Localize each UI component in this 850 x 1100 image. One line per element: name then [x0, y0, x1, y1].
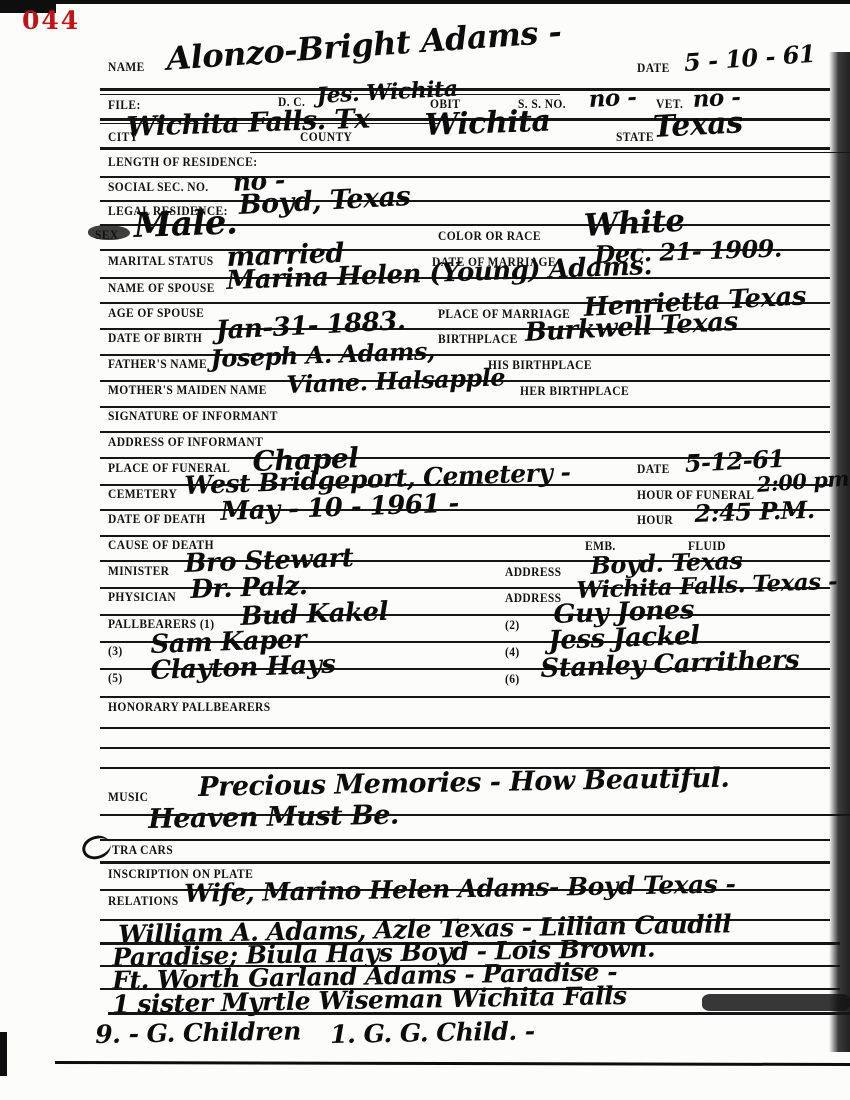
- form-label: COLOR OR RACE: [438, 231, 541, 244]
- handwritten-entry: Wichita: [424, 104, 551, 143]
- form-label: DATE OF BIRTH: [108, 333, 202, 346]
- form-rule-line: [100, 535, 830, 537]
- form-label: STATE: [616, 132, 654, 145]
- form-label: MARITAL STATUS: [108, 256, 214, 269]
- form-label: MOTHER'S MAIDEN NAME: [108, 385, 267, 398]
- scan-edge-left-mark: [0, 1032, 7, 1076]
- handwritten-entry: Wife, Marino Helen Adams- Boyd Texas -: [184, 869, 736, 908]
- form-rule-line: [100, 176, 830, 178]
- scan-edge-top: [0, 0, 850, 4]
- form-label: (3): [108, 646, 123, 659]
- form-label: FILE:: [108, 100, 141, 113]
- form-label: SOCIAL SEC. NO.: [108, 182, 209, 195]
- handwritten-entry: 2:45 P.M.: [694, 495, 815, 528]
- form-rule-line: [108, 1012, 850, 1015]
- form-label: (5): [108, 673, 123, 686]
- form-rule-line: [100, 727, 830, 729]
- scan-edge-right-band: [829, 52, 850, 1052]
- handwritten-entry: 1. G. G. Child. -: [330, 1016, 535, 1049]
- ink-squiggle-extra-cars: [79, 832, 114, 863]
- form-label: NAME: [108, 62, 145, 75]
- form-rule-line: [100, 431, 830, 433]
- form-rule-line: [100, 614, 830, 616]
- handwritten-entry: 9. - G. Children: [95, 1016, 301, 1049]
- form-label: DATE OF DEATH: [108, 514, 206, 527]
- form-label: BIRTHPLACE: [438, 334, 518, 347]
- form-label: MUSIC: [108, 792, 148, 805]
- form-label: ADDRESS OF INFORMANT: [108, 437, 263, 450]
- form-label: HONORARY PALLBEARERS: [108, 702, 271, 715]
- handwritten-entry: no -: [588, 84, 637, 113]
- handwritten-entry: Viane. Halsapple: [286, 362, 506, 399]
- form-rule-line: [250, 152, 850, 153]
- form-rule-line: [100, 696, 830, 698]
- form-label: (6): [505, 674, 520, 687]
- form-label: DATE: [637, 464, 670, 477]
- scan-edge-bottom-line: [55, 1061, 850, 1066]
- form-label: (2): [505, 620, 520, 633]
- form-label: HOUR: [637, 515, 673, 528]
- form-label: ADDRESS: [505, 567, 561, 580]
- page-number-stamp: 044: [22, 6, 80, 35]
- form-label: RELATIONS: [108, 896, 179, 909]
- form-label: PHYSICIAN: [108, 592, 176, 605]
- handwritten-entry: Clayton Hays: [150, 650, 336, 686]
- form-rule-line: [100, 406, 830, 408]
- handwritten-entry: Male.: [133, 202, 238, 246]
- handwritten-entry: Texas: [652, 105, 743, 145]
- form-label: HER BIRTHPLACE: [520, 386, 629, 399]
- form-rule-line: [100, 839, 830, 841]
- form-label: SIGNATURE OF INFORMANT: [108, 411, 278, 424]
- form-rule-line: [100, 814, 850, 816]
- ink-smudge-bottom-right: [702, 994, 850, 1011]
- form-rule-line: [100, 747, 830, 749]
- form-label: NAME OF SPOUSE: [108, 283, 215, 296]
- handwritten-entry: Alonzo-Bright Adams -: [165, 12, 562, 78]
- form-label: (4): [505, 647, 520, 660]
- form-label: MINISTER: [108, 566, 169, 579]
- form-label: AGE OF SPOUSE: [108, 308, 204, 321]
- form-label: CEMETERY: [108, 489, 177, 502]
- scanned-funeral-record-page: 044 NAMEDATEAlonzo-Bright Adams -5 - 10 …: [0, 0, 850, 1100]
- handwritten-entry: Heaven Must Be.: [148, 800, 399, 835]
- form-rule-line: [100, 861, 830, 864]
- form-label: TRA CARS: [112, 845, 173, 858]
- ink-blotch-over-sex-label: [88, 225, 130, 240]
- form-rule-line: [100, 200, 830, 202]
- form-label: FATHER'S NAME: [108, 359, 207, 372]
- handwritten-entry: 5 - 10 - 61: [683, 39, 816, 77]
- form-label: DATE: [637, 63, 670, 76]
- form-rule-line: [100, 147, 830, 150]
